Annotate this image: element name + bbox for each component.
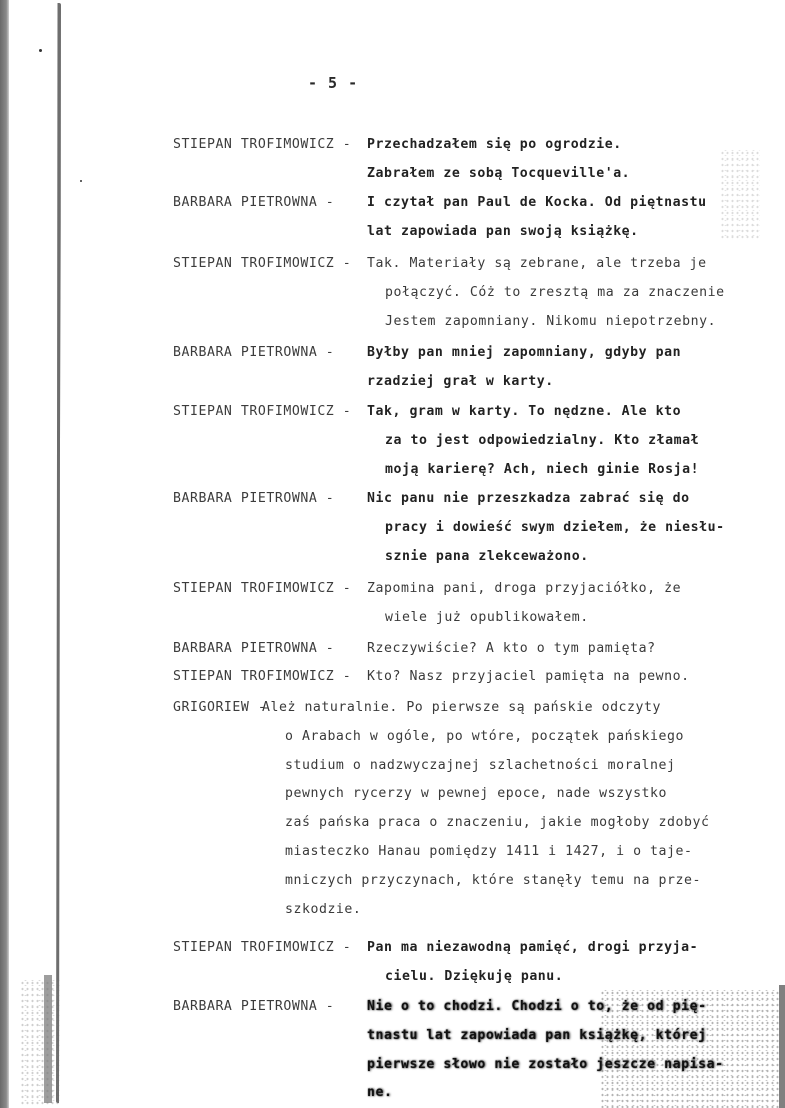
dialogue-line: pierwsze słowo nie zostało jeszcze napis… bbox=[367, 1056, 724, 1074]
speaker-name: STIEPAN TROFIMOWICZ - bbox=[173, 668, 351, 686]
scan-noise bbox=[20, 980, 60, 1105]
dialogue-line: tnastu lat zapowiada pan książkę, której bbox=[367, 1027, 707, 1045]
dialogue-line: cielu. Dziękuję panu. bbox=[385, 968, 563, 986]
speck bbox=[80, 180, 82, 182]
page-number: - 5 - bbox=[308, 74, 358, 92]
speaker-name: BARBARA PIETROWNA - bbox=[173, 998, 334, 1016]
dialogue-line: Nic panu nie przeszkadza zabrać się do bbox=[367, 490, 690, 508]
dialogue-line: Przechadzałem się po ogrodzie. bbox=[367, 136, 622, 154]
dialogue-line: za to jest odpowiedzialny. Kto złamał bbox=[385, 432, 699, 450]
dialogue-line: Jestem zapomniany. Nikomu niepotrzebny. bbox=[385, 313, 716, 331]
speaker-name: BARBARA PIETROWNA - bbox=[173, 640, 334, 658]
dialogue-line: Nie o to chodzi. Chodzi o to, że od pię- bbox=[367, 998, 707, 1016]
dialogue-line: pracy i dowieść swym dziełem, że niesłu- bbox=[385, 519, 725, 537]
dialogue-line: sznie pana zlekceważono. bbox=[385, 548, 589, 566]
speaker-name: STIEPAN TROFIMOWICZ - bbox=[173, 939, 351, 957]
dialogue-line: szkodzie. bbox=[285, 901, 361, 919]
dialogue-line: Zabrałem ze sobą Tocqueville'a. bbox=[367, 165, 630, 183]
dialogue-line: Ależ naturalnie. Po pierwsze są pańskie … bbox=[262, 699, 661, 717]
dialogue-line: Zapomina pani, droga przyjaciółko, że bbox=[367, 580, 681, 598]
speaker-name: BARBARA PIETROWNA - bbox=[173, 344, 334, 362]
dialogue-line: o Arabach w ogóle, po wtóre, początek pa… bbox=[285, 728, 684, 746]
dialogue-line: wiele już opublikowałem. bbox=[385, 609, 589, 627]
dialogue-line: mniczych przyczynach, które stanęły temu… bbox=[285, 872, 701, 890]
dialogue-line: połączyć. Cóż to zresztą ma za znaczenie bbox=[385, 284, 725, 302]
dialogue-line: miasteczko Hanau pomiędzy 1411 i 1427, i… bbox=[285, 843, 693, 861]
dialogue-line: zaś pańska praca o znaczeniu, jakie mogł… bbox=[285, 814, 709, 832]
speaker-name: BARBARA PIETROWNA - bbox=[173, 194, 334, 212]
dialogue-line: studium o nadzwyczajnej szlachetności mo… bbox=[285, 757, 676, 775]
dialogue-line: Kto? Nasz przyjaciel pamięta na pewno. bbox=[367, 668, 690, 686]
binding-line bbox=[56, 3, 61, 1103]
dialogue-line: ne. bbox=[367, 1084, 392, 1102]
dialogue-line: moją karierę? Ach, niech ginie Rosja! bbox=[385, 461, 699, 479]
speaker-name: STIEPAN TROFIMOWICZ - bbox=[173, 580, 351, 598]
dialogue-line: Tak, gram w karty. To nędzne. Ale kto bbox=[367, 403, 681, 421]
speaker-name: STIEPAN TROFIMOWICZ - bbox=[173, 255, 351, 273]
speaker-name: STIEPAN TROFIMOWICZ - bbox=[173, 403, 351, 421]
speaker-name: GRIGORIEW - bbox=[173, 699, 266, 717]
scan-left-edge bbox=[0, 0, 9, 1108]
dialogue-line: rzadziej grał w karty. bbox=[367, 373, 554, 391]
scan-right-edge bbox=[779, 985, 785, 1108]
dialogue-line: I czytał pan Paul de Kocka. Od piętnastu bbox=[367, 194, 707, 212]
scan-noise bbox=[720, 150, 760, 240]
dialogue-line: Byłby pan mniej zapomniany, gdyby pan bbox=[367, 344, 681, 362]
dialogue-line: Rzeczywiście? A kto o tym pamięta? bbox=[367, 640, 656, 658]
dialogue-line: lat zapowiada pan swoją książkę. bbox=[367, 223, 639, 241]
speaker-name: STIEPAN TROFIMOWICZ - bbox=[173, 136, 351, 154]
dialogue-line: Pan ma niezawodną pamięć, drogi przyja- bbox=[367, 939, 698, 957]
speck bbox=[39, 49, 42, 52]
dialogue-line: Tak. Materiały są zebrane, ale trzeba je bbox=[367, 255, 707, 273]
speaker-name: BARBARA PIETROWNA - bbox=[173, 490, 334, 508]
dialogue-line: pewnych rycerzy w pewnej epoce, nade wsz… bbox=[285, 785, 667, 803]
